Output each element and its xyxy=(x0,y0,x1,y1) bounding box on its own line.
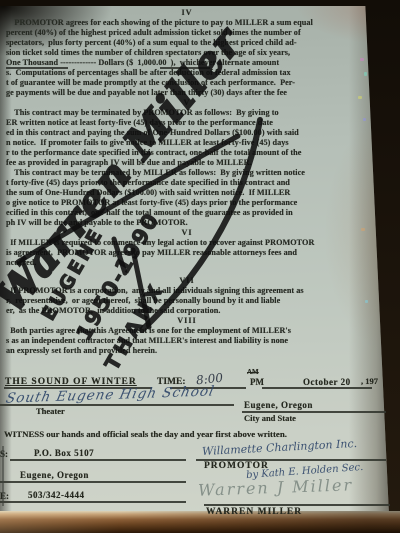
am-strikethrough: AM xyxy=(247,368,259,376)
contract-line: ph IV will be due and payable to the PRO… xyxy=(6,218,368,228)
contract-line: o give notice to PROMOTOR at least forty… xyxy=(6,198,368,208)
contract-body: IV PROMOTOR agrees for each showing of t… xyxy=(6,8,368,356)
section-heading: V xyxy=(6,98,368,108)
city-state-label: City and State xyxy=(244,413,296,423)
show-title: THE SOUND OF WINTER xyxy=(5,377,137,387)
contract-line: r to the performance date specified in t… xyxy=(6,148,368,158)
address-value: P.O. Box 5107 xyxy=(34,448,94,458)
contract-line: This contract may be terminated by MILLE… xyxy=(6,168,368,178)
contract-line: percent (40%) of the highest priced adul… xyxy=(6,28,368,38)
contract-line: t of guarantee will be made promptly at … xyxy=(6,78,368,88)
contract-line: er, as the PROMOTOR, in addition to the … xyxy=(6,306,368,316)
address-city-line xyxy=(0,481,186,483)
miller-line xyxy=(204,504,390,506)
date-blank-line xyxy=(262,387,372,389)
witness-clause: WITNESS our hands and official seals the… xyxy=(4,429,287,439)
section-heading: IV xyxy=(6,8,368,18)
amount-number-underline xyxy=(160,67,210,69)
contract-line: ncurred. xyxy=(6,258,368,268)
section-heading: VI xyxy=(6,228,368,238)
contract-line: the sum of One-Hundred Dollars ($100.00)… xyxy=(6,188,368,198)
contract-line: s as an independent contractor and that … xyxy=(6,336,368,346)
contract-line: If PROMOTOR is a corporation, any and al… xyxy=(6,286,368,296)
contract-line: ge payments will be due and payable not … xyxy=(6,88,368,98)
contract-line: PROMOTOR agrees for each showing of the … xyxy=(6,18,368,28)
phone-line xyxy=(0,501,186,503)
framed-contract-photo: IV PROMOTOR agrees for each showing of t… xyxy=(0,0,400,533)
contract-line: r, representative, or agent thereof, sha… xyxy=(6,296,368,306)
contract-line: an expressly set forth and provided here… xyxy=(6,346,368,356)
contract-line: t forty-five (45) days prior to the perf… xyxy=(6,178,368,188)
contract-line: Both parties agree that this Agreement i… xyxy=(6,326,368,336)
contract-line: ed in this contract and paying the sum o… xyxy=(6,128,368,138)
city-state-value: Eugene, Oregon xyxy=(244,400,313,410)
contract-line: s. Computations of percentages shall be … xyxy=(6,68,368,78)
amount-words-underline xyxy=(6,67,68,69)
contract-line: fee as provided in paragraph IV will be … xyxy=(6,158,368,168)
contract-line: spectators, plus forty percent (40%) of … xyxy=(6,38,368,48)
miller-label: WARREN MILLER xyxy=(206,507,302,517)
contract-line: is agreement, PROMOTOR agrees to pay MIL… xyxy=(6,248,368,258)
contract-line: sion ticket sold times the number of chi… xyxy=(6,48,368,58)
contract-line: ecified in this contract, one-half the t… xyxy=(6,208,368,218)
date-value: October 20 xyxy=(303,377,351,387)
address-line xyxy=(10,459,186,461)
contract-line: This contract may be terminated by PROMO… xyxy=(6,108,368,118)
section-heading: VIII xyxy=(6,316,368,326)
contract-line: If MILLER is required to commence any le… xyxy=(6,238,368,248)
section-heading: VII xyxy=(6,276,368,286)
address-city: Eugene, Oregon xyxy=(20,470,89,480)
year-prefix: , 197 xyxy=(361,376,378,386)
pm-label: PM xyxy=(250,377,264,387)
wood-frame-ledge xyxy=(0,511,400,533)
contract-line: ER written notice at least forty-five (4… xyxy=(6,118,368,128)
contract-line: n notice. If promoter fails to give noti… xyxy=(6,138,368,148)
phone-value: 503/342-4444 xyxy=(28,490,85,500)
left-edge-rule xyxy=(2,446,4,506)
theater-label: Theater xyxy=(36,406,65,416)
